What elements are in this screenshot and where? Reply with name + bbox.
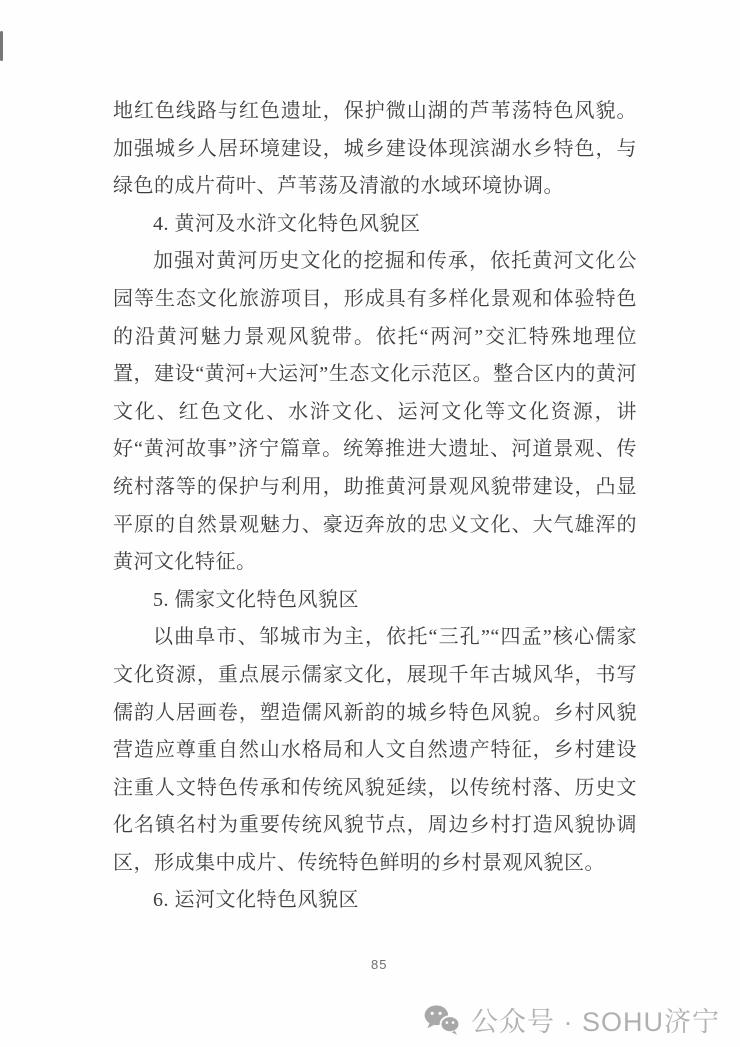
paragraph-yellow-river: 加强对黄河历史文化的挖掘和传承，依托黄河文化公园等生态文化旅游项目，形成具有多样… xyxy=(113,243,637,581)
paragraph-continued: 地红色线路与红色遗址，保护微山湖的芦苇荡特色风貌。加强城乡人居环境建设，城乡建设… xyxy=(113,93,637,206)
watermark-text: 公众号 · SOHU济宁 xyxy=(471,1000,720,1039)
section-heading-5: 5. 儒家文化特色风貌区 xyxy=(113,582,637,620)
text-block: 地红色线路与红色遗址，保护微山湖的芦苇荡特色风貌。加强城乡人居环境建设，城乡建设… xyxy=(113,93,637,920)
section-heading-4: 4. 黄河及水浒文化特色风貌区 xyxy=(113,206,637,244)
document-page: 地红色线路与红色遗址，保护微山湖的芦苇荡特色风貌。加强城乡人居环境建设，城乡建设… xyxy=(0,0,740,1047)
wechat-icon xyxy=(423,1004,461,1035)
section-heading-6: 6. 运河文化特色风貌区 xyxy=(113,882,637,920)
paragraph-confucian: 以曲阜市、邹城市为主，依托“三孔”“四孟”核心儒家文化资源，重点展示儒家文化，展… xyxy=(113,619,637,882)
scan-artifact xyxy=(0,31,3,61)
footer-watermark: 公众号 · SOHU济宁 xyxy=(423,1000,720,1039)
page-number: 85 xyxy=(371,957,387,972)
